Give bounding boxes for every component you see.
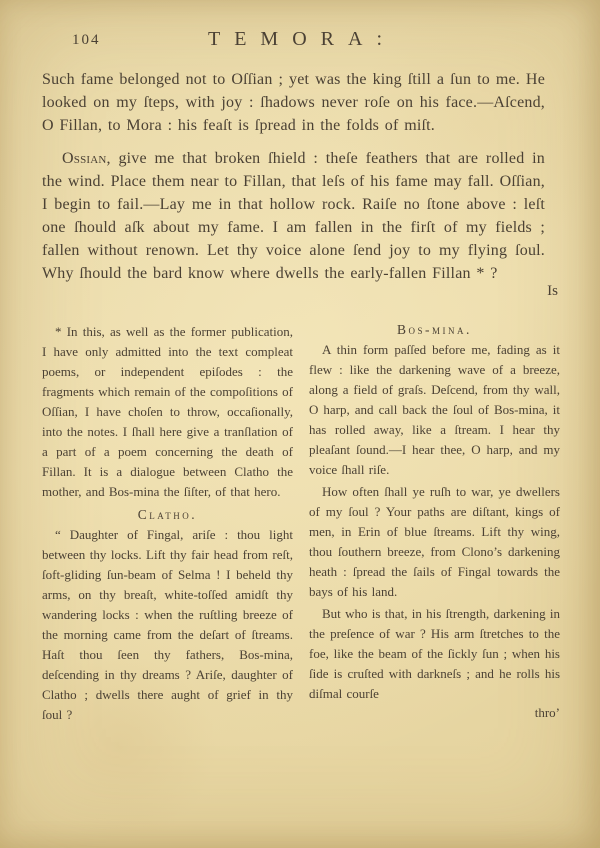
page-content: 104 TEMORA: Such fame belonged not to Oſ… (42, 24, 548, 725)
footnote-heading-bosmina: Bos-mina. (309, 322, 560, 338)
main-paragraph-2-text: , give me that broken ſhield : theſe fea… (42, 150, 545, 282)
main-paragraph-2: Ossian, give me that broken ſhield : the… (42, 147, 545, 285)
page-header: 104 TEMORA: (42, 24, 548, 54)
speaker-name-ossian: Ossian (62, 150, 107, 167)
catchword-footnote: thro’ (309, 705, 560, 721)
main-text-block: Such fame belonged not to Oſſian ; yet w… (42, 68, 545, 300)
footnote-clatho-speech: “ Daughter of Fingal, ariſe : thou light… (42, 525, 293, 725)
footnote-bosmina-paragraph-2: How often ſhall ye ruſh to war, ye dwell… (309, 482, 560, 602)
footnote-editorial-note: * In this, as well as the former publica… (42, 322, 293, 502)
footnote-column-right: Bos-mina. A thin form paſſed before me, … (309, 322, 560, 725)
main-paragraph-1: Such fame belonged not to Oſſian ; yet w… (42, 68, 545, 137)
book-page-scan: 104 TEMORA: Such fame belonged not to Oſ… (0, 0, 600, 848)
footnote-heading-clatho: Clatho. (42, 507, 293, 523)
footnotes-section: * In this, as well as the former publica… (42, 322, 560, 725)
catchword-main: Is (42, 283, 558, 300)
footnote-bosmina-paragraph-3: But who is that, in his ſtrength, darken… (309, 604, 560, 704)
footnote-column-left: * In this, as well as the former publica… (42, 322, 293, 725)
running-title: TEMORA: (42, 28, 548, 51)
footnote-bosmina-paragraph-1: A thin form paſſed before me, fading as … (309, 340, 560, 480)
